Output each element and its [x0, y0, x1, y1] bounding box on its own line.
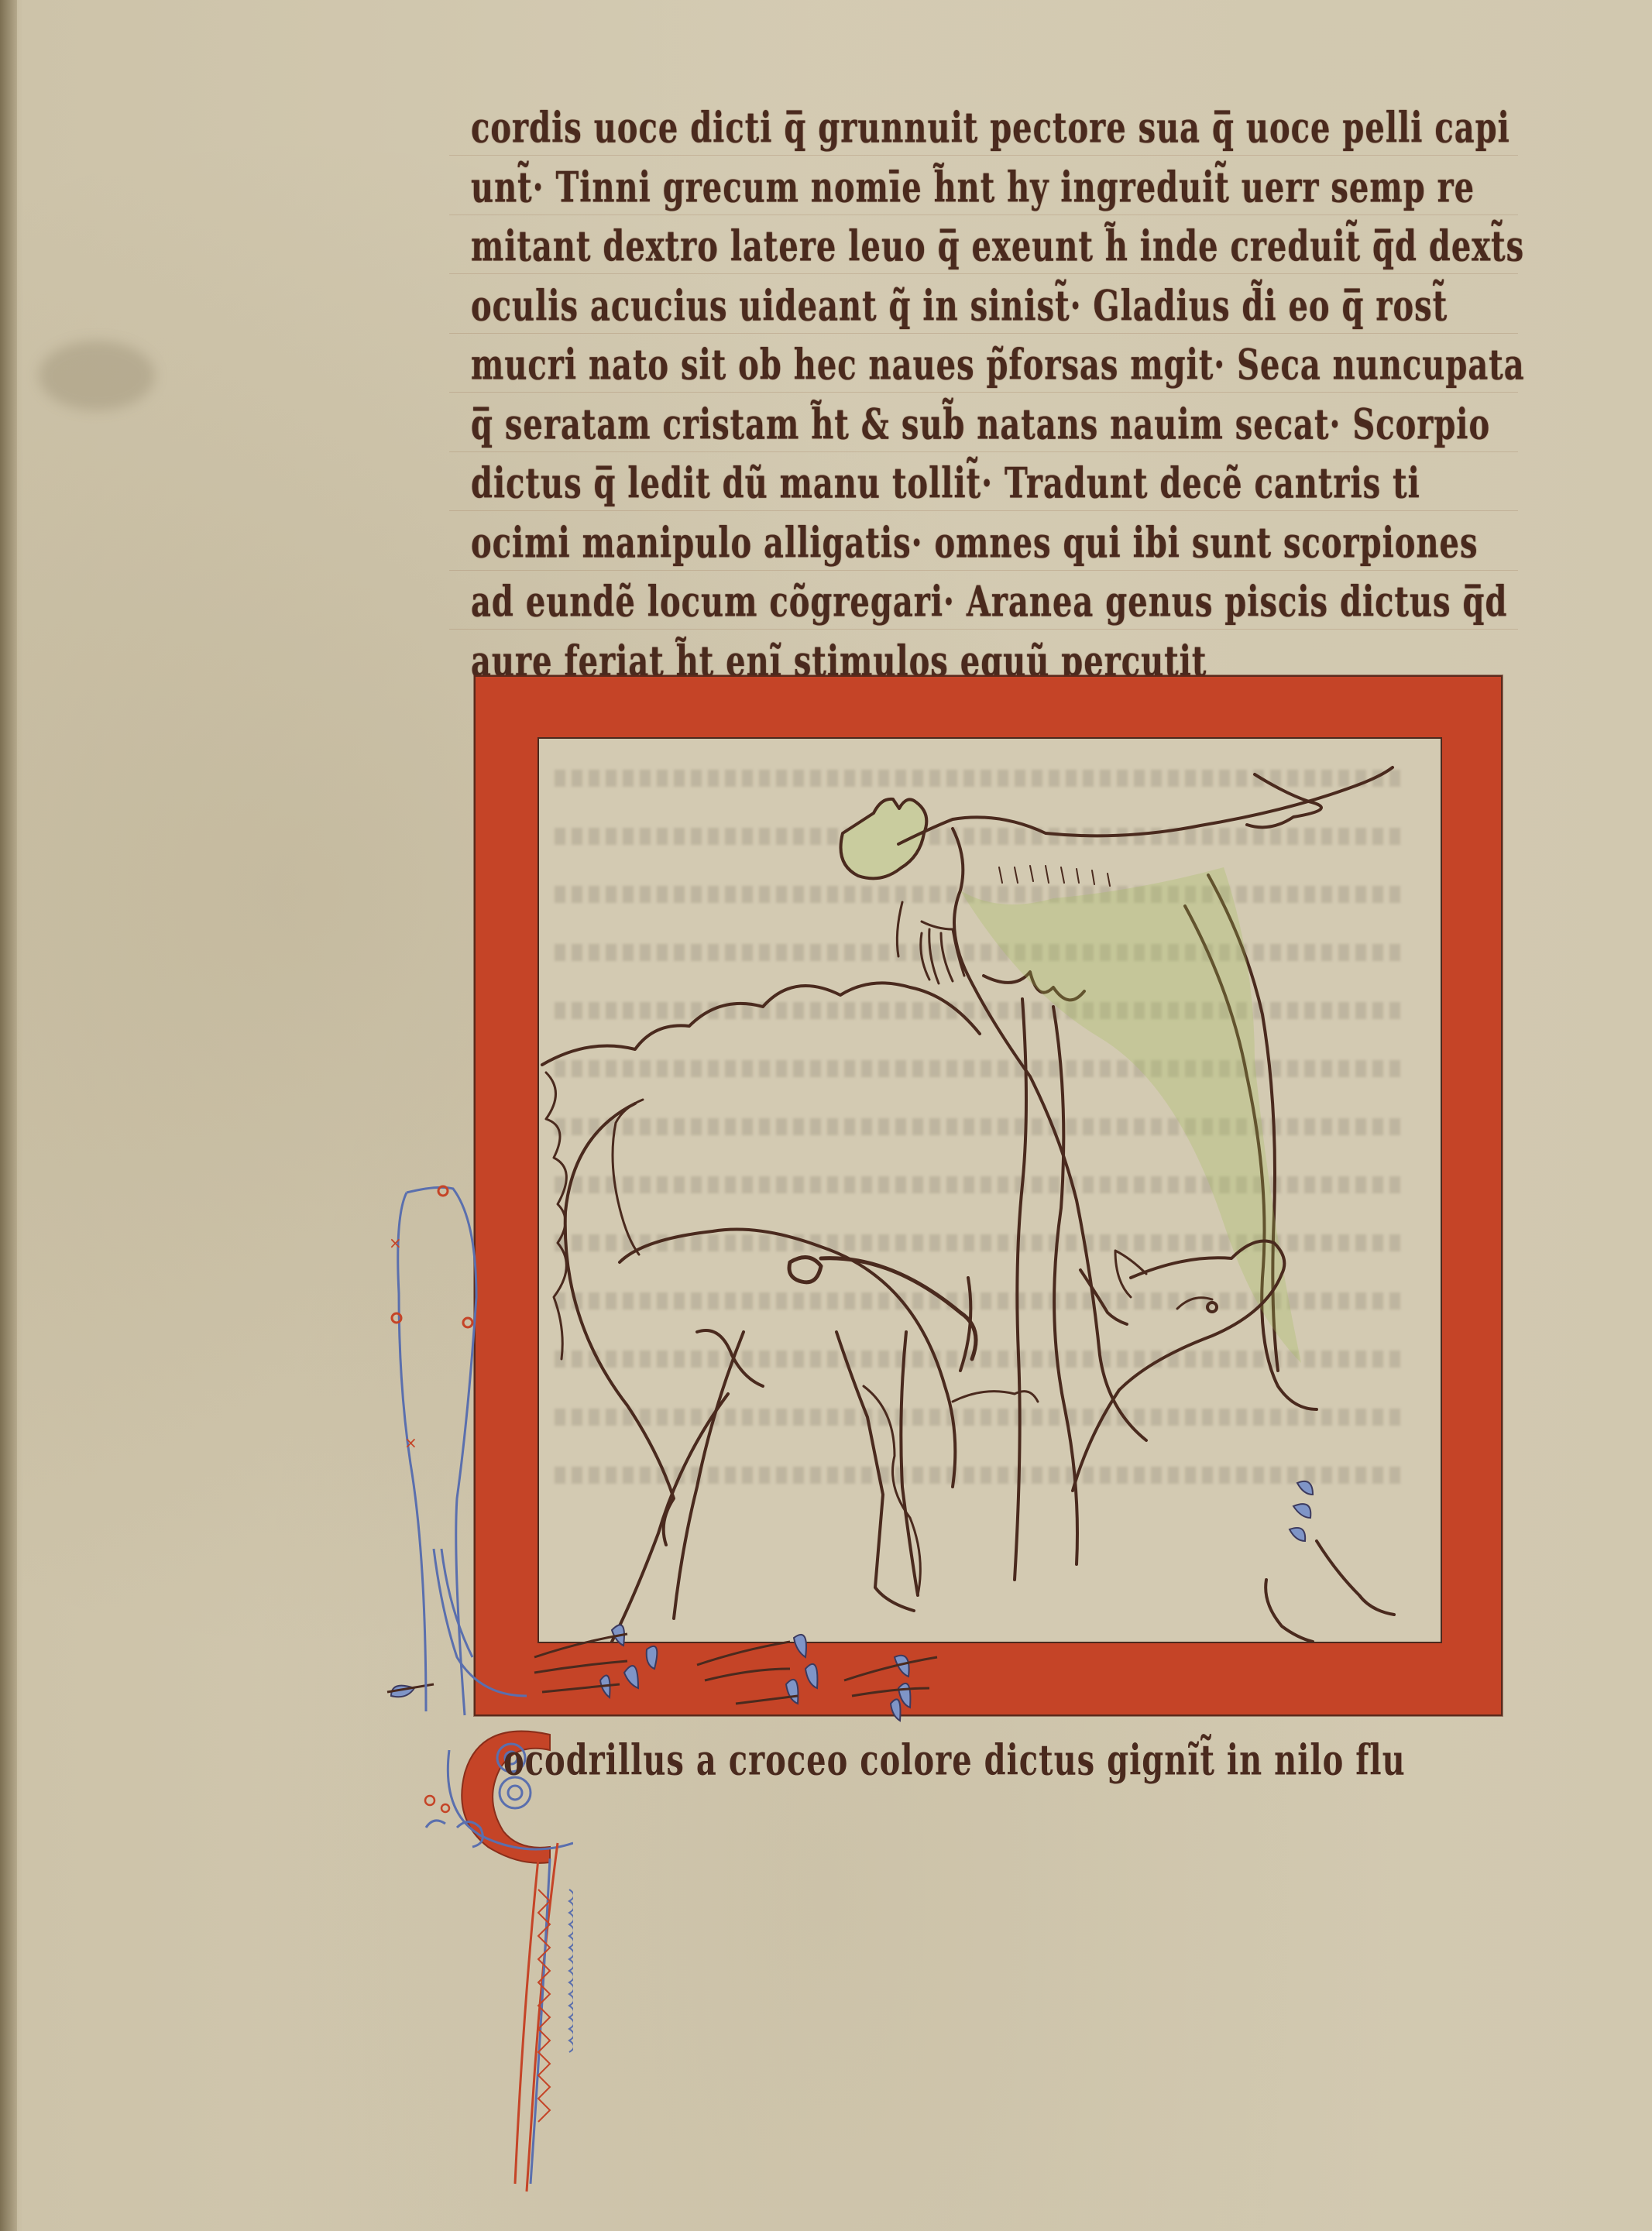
- decorated-initial: × ×: [372, 1146, 573, 2230]
- beast-illustration: [0, 0, 1652, 2231]
- manuscript-page: cordis uoce dicti q̅ grunnuit pectore su…: [0, 0, 1652, 2231]
- caption-text-line: ocodrillus a croceo colore dictus gignĩ…: [503, 1736, 1495, 1785]
- svg-text:×: ×: [404, 1433, 417, 1452]
- svg-text:×: ×: [389, 1234, 402, 1252]
- penwork-tail: [515, 1843, 573, 2192]
